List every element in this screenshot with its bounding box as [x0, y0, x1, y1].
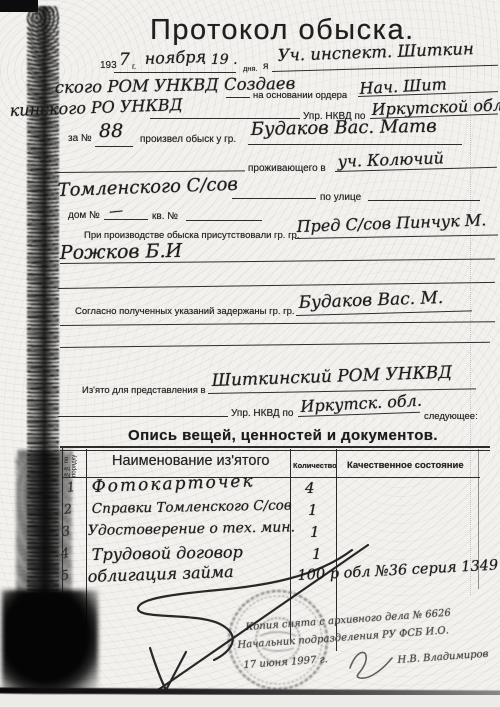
pronoun-label: я: [263, 61, 268, 72]
row-num: 1: [66, 480, 76, 496]
house-label: дом №: [68, 210, 100, 221]
row-name: Трудовой договор: [92, 542, 243, 564]
row-name: Справки Томленского С/сов: [92, 498, 292, 517]
ruled-line: [368, 200, 480, 201]
year-hw: 7: [119, 50, 130, 70]
row-qty: 1: [312, 545, 322, 563]
search-label: произвел обыск у гр.: [140, 134, 236, 145]
detained-label: Согласно полученных указаний задержаны г…: [75, 306, 295, 317]
witness-hw-1: Пред С/сов Пинчук М.: [296, 210, 486, 236]
ruled-line: [55, 170, 245, 173]
ruled-line: [60, 321, 495, 326]
day-hw: . 19 .: [202, 52, 238, 68]
ruled-line: [226, 97, 250, 98]
scan-bottom-blob: [2, 590, 98, 692]
row-qty: 100 р обл №36 серия 1349: [297, 558, 498, 584]
ruled-line: [60, 342, 490, 348]
inventory-title: Опись вещей, ценностей и документов.: [128, 427, 438, 444]
archivist-signature: [350, 652, 392, 678]
col-header-name: Наименование из'ятого: [112, 453, 270, 469]
col-header-state: Качественное состояние: [347, 460, 464, 471]
ruled-line: [95, 146, 133, 147]
number-label: за №: [68, 133, 92, 144]
annotation-line-3: 17 июня 1997 г.: [243, 654, 328, 671]
following-label: следующее:: [424, 411, 478, 422]
day-label: дня.: [243, 64, 258, 73]
witness-hw-2: Рожков Б.И: [60, 240, 183, 264]
row-name: облигация займа: [87, 562, 234, 586]
search-hw: Будаков Вас. Матв: [251, 116, 437, 140]
row-qty: 4: [305, 479, 315, 497]
row-name: Удостоверение о тех. мин.: [88, 519, 295, 539]
street-label: по улице: [320, 192, 361, 203]
ruled-line: [232, 198, 316, 199]
witness-label: При производстве обыска присутствовали г…: [84, 230, 299, 241]
table-top-line-2: [60, 450, 490, 451]
ruled-line: [58, 416, 228, 417]
seized-label: Из'ято для представления в: [82, 385, 206, 396]
year-prefix: 193: [100, 60, 117, 71]
number-hw: 88: [99, 120, 123, 142]
ruled-line: [272, 65, 498, 72]
annotation-signer: Н.В. Владимиров: [397, 649, 489, 666]
seized-hw: Шиткинский РОМ УНКВД: [211, 363, 452, 391]
ruled-line: [186, 220, 262, 221]
ruled-line: [104, 219, 148, 220]
scan-bottom-strip: [0, 695, 500, 707]
ruled-line: [114, 72, 236, 73]
house-hw: —: [108, 203, 124, 220]
col-header-qty: Количество: [293, 461, 337, 470]
row-qty: 1: [308, 501, 318, 519]
ruled-line: [248, 144, 462, 145]
residing-label: проживающего в: [248, 163, 326, 174]
apt-label: кв. №: [152, 211, 178, 222]
fold-line: [470, 95, 471, 595]
nkvd-label-2: Упр. НКВД по: [231, 408, 293, 419]
residing-hw-2: Томленского С/сов: [57, 174, 238, 201]
table-col-line-qty: [290, 449, 291, 641]
row-name: Фотокарточек: [91, 471, 255, 497]
table-top-line: [60, 446, 490, 448]
detained-hw: Будаков Вас. М.: [298, 288, 443, 313]
col-header-num: №№ по порядку: [64, 449, 79, 477]
row-qty: 1: [310, 523, 320, 541]
scanned-document-page: Протокол обыска. 193 7 г. ноября . 19 . …: [0, 0, 500, 707]
year-suffix: г.: [132, 62, 136, 71]
ruled-line: [295, 234, 498, 239]
month-hw: ноября: [144, 47, 206, 68]
order-label: на основании ордера: [253, 90, 347, 101]
